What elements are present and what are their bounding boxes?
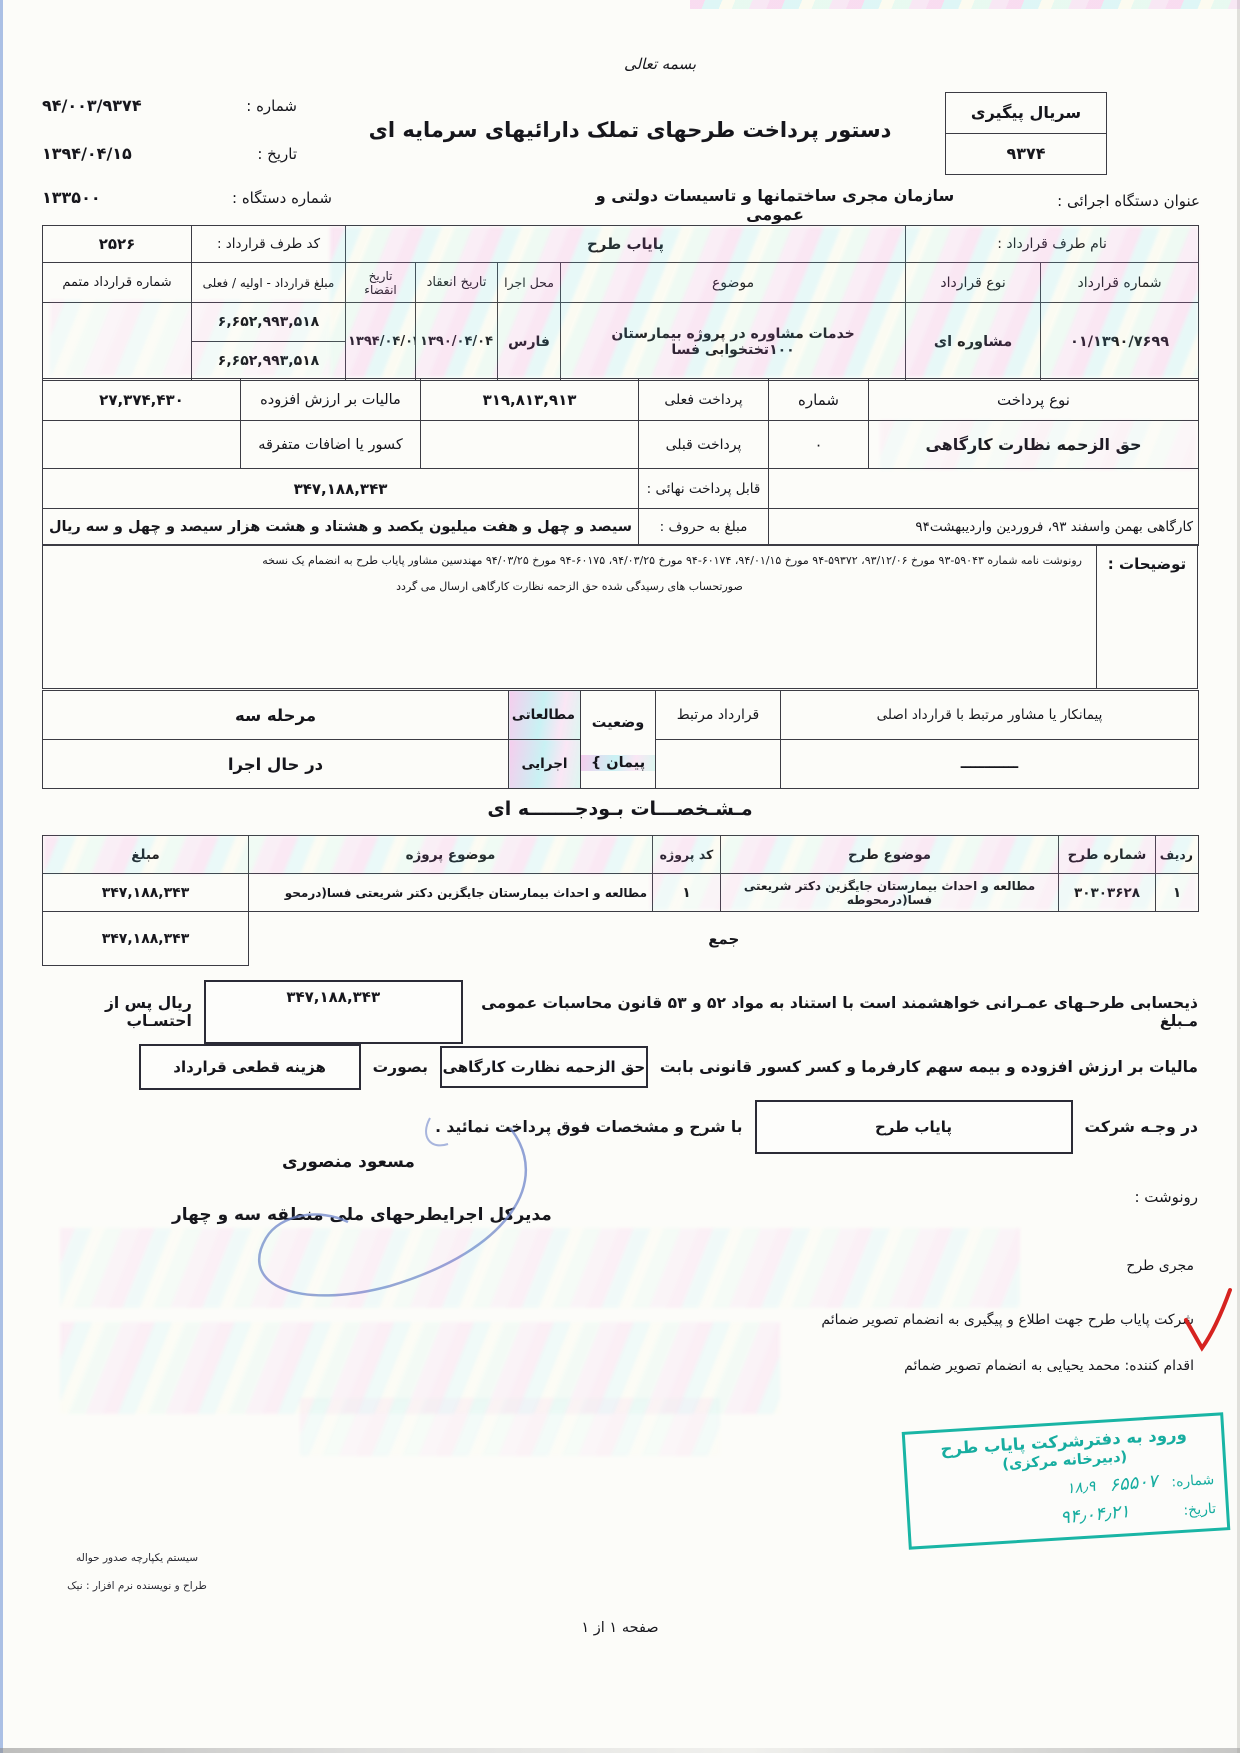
phase-value-cell: در حال اجرا (43, 740, 509, 789)
vat-label: مالیات بر ارزش افزوده (241, 379, 421, 421)
payment-table: نوع پرداخت شماره پرداخت فعلی ۳۱۹,۸۱۳,۹۱۳… (42, 378, 1199, 546)
bismillah-text: بسمه تعالی (560, 55, 760, 73)
current-payment-label: پرداخت فعلی (639, 379, 769, 421)
device-number-label: شماره دستگاه : (232, 189, 332, 207)
payment-type-header: نوع پرداخت (869, 379, 1199, 421)
contract-amount-initial: ۶,۶۵۲,۹۹۳,۵۱۸ (192, 303, 345, 342)
amount-in-words-label: مبلغ به حروف : (639, 509, 769, 546)
budget-col-plan-subject: موضوع طرح (721, 836, 1059, 874)
request-line2-text-b: بصورت (373, 1058, 428, 1076)
scan-edge-left (0, 0, 3, 1753)
copies-item-handler: اقدام کننده: محمد یحیایی به انضمام تصویر… (904, 1358, 1194, 1374)
payment-type-value: حق الزحمه نظارت کارگاهی (869, 421, 1199, 469)
request-line-3: در وجـه شرکت پایاب طرح با شرح و مشخصات ف… (42, 1100, 1198, 1154)
stamp-date-value: ۹۴٫۰۴٫۲۱ (1059, 1501, 1130, 1529)
remarks-line2: صورتحساب های رسیدگی شده حق الزحمه نظارت … (57, 580, 1082, 593)
contract-expiry-date-value: ۱۳۹۴/۰۴/۰۴ (346, 303, 416, 381)
copies-item-company: شرکت پایاب طرح جهت اطلاع و پیگیری به انض… (821, 1312, 1194, 1328)
col-subject: موضوع (561, 263, 906, 303)
col-location: محل اجرا (498, 263, 561, 303)
request-line-2: مالیات بر ارزش افزوده و بیمه سهم کارفرما… (42, 1044, 1198, 1090)
party-name-label: نام طرف قرارداد : (906, 226, 1199, 263)
payment-empty-cell (769, 469, 1199, 509)
budget-amount: ۳۴۷,۱۸۸,۳۴۳ (43, 874, 249, 912)
device-number-value: ۱۳۳۵۰۰ (42, 188, 101, 207)
request-line3-text-a: در وجـه شرکت (1085, 1118, 1198, 1136)
amount-in-words-value: سیصد و چهل و هفت میلیون یکصد و هشتاد و ه… (43, 509, 639, 546)
executing-organization: سازمان مجری ساختمانها و تاسیسات دولتی و … (590, 186, 960, 224)
budget-col-row: ردیف (1156, 836, 1199, 874)
stamp-date-label: تاریخ: (1183, 1501, 1216, 1519)
previous-payment-label: پرداخت قبلی (639, 421, 769, 469)
remarks-label: توضیحات : (1096, 545, 1197, 688)
budget-col-project-subject: موضوع پروژه (249, 836, 653, 874)
contract-info-table: نام طرف قرارداد : پایاب طرح کد طرف قرارد… (42, 225, 1199, 381)
budget-col-project-code: کد پروژه (653, 836, 721, 874)
payment-number-header: شماره (769, 379, 869, 421)
contract-status-table: پیمانکار یا مشاور مرتبط با قرارداد اصلی … (42, 690, 1199, 789)
page-number: صفحه ۱ از ۱ (0, 1620, 1240, 1636)
contract-type-value: مشاوره ای (906, 303, 1041, 381)
request-amount-box: ۳۴۷,۱۸۸,۳۴۳ (204, 980, 463, 1044)
request-line3-text-b: با شرح و مشخصات فوق پرداخت نمائید . (435, 1118, 742, 1136)
related-party-value: ــــــــــــ (781, 740, 1199, 789)
deductions-label: کسور یا اضافات متفرقه (241, 421, 421, 469)
device-number-row: شماره دستگاه : ۱۳۳۵۰۰ (42, 188, 332, 207)
previous-payment-value (421, 421, 639, 469)
related-contract-header: قرارداد مرتبط (656, 691, 781, 740)
tracking-serial-value: ۹۳۷۴ (946, 134, 1106, 174)
scan-artifact (300, 1398, 720, 1456)
payee-company-box: پایاب طرح (755, 1100, 1073, 1154)
budget-sum-label: جمع (249, 912, 1199, 966)
pact-state-sub: پیمان { (581, 755, 655, 771)
signatory-name: مسعود منصوری (282, 1152, 415, 1172)
pact-word: پیمان (606, 755, 645, 771)
stamp-number-value: ۶۵۵۰۷ (1108, 1471, 1158, 1497)
budget-plan-subject: مطالعه و احداث بیمارستان جایگزین دکتر شر… (721, 874, 1059, 912)
budget-col-plan-no: شماره طرح (1059, 836, 1156, 874)
budget-col-amount: مبلغ (43, 836, 249, 874)
budget-section-title: مـشـخصـــات بـودجـــــــه ای (0, 798, 1240, 820)
vat-value: ۲۷,۳۷۴,۴۳۰ (43, 379, 241, 421)
tracking-serial-box: سریال پیگیری ۹۳۷۴ (945, 92, 1107, 175)
payment-period-note: کارگاهی بهمن واسفند ۹۳، فروردین واردیبهش… (769, 509, 1199, 546)
col-expiry-date: تاریخ انقضاء (346, 263, 416, 303)
budget-project-code: ۱ (653, 874, 721, 912)
contract-subject-value: خدمات مشاوره در پروژه بیمارستان ۱۰۰تختخو… (561, 303, 906, 381)
stamp-number-extra: ۱۸٫۹ (1065, 1477, 1096, 1498)
document-date-row: تاریخ : ۱۳۹۴/۰۴/۱۵ (42, 144, 297, 163)
col-supplement-no: شماره قرارداد متمم (43, 263, 192, 303)
payment-subject-box: حق الزحمه نظارت کارگاهی (440, 1046, 648, 1088)
contract-subject-line2: ۱۰۰تختخوابی فسا (561, 342, 905, 358)
signatory-title: مدیرکل اجرایطرحهای ملی منطقه سه و چهار (172, 1205, 552, 1225)
remarks-body: رونوشت نامه شماره ۵۹۰۴۳-۹۳ مورخ ۹۳/۱۲/۰۶… (43, 545, 1096, 688)
scan-artifact (690, 0, 1240, 9)
company-entry-stamp: ورود به دفترشرکت پایاب طرح (دبیرخانه مرک… (902, 1412, 1231, 1549)
software-credits: سیستم یکپارچه صدور حواله طراح و نویسنده … (52, 1544, 222, 1601)
document-number-row: شماره : ۹۴/۰۰۳/۹۳۷۴ (42, 96, 297, 115)
request-line-1: ذیحسابی طرحـهای عمـرانی خواهشمند است با … (42, 980, 1198, 1044)
col-contract-type: نوع قرارداد (906, 263, 1041, 303)
cost-type-box: هزینه قطعی قرارداد (139, 1044, 361, 1090)
document-date-value: ۱۳۹۴/۰۴/۱۵ (42, 144, 132, 163)
exec-type-cell: اجرایی (509, 740, 581, 789)
pact-brace: { (591, 755, 601, 771)
contract-sign-date-value: ۱۳۹۰/۰۴/۰۴ (416, 303, 498, 381)
deductions-value (43, 421, 241, 469)
document-number-label: شماره : (246, 97, 297, 115)
budget-sum-value: ۳۴۷,۱۸۸,۳۴۳ (43, 912, 249, 966)
study-type-cell: مطالعاتی (509, 691, 581, 740)
scan-artifact (60, 1322, 780, 1414)
scan-edge-bottom (0, 1748, 1240, 1753)
page-title: دستور پرداخت طرحهای تملک دارائیهای سرمای… (340, 118, 920, 142)
pact-state-cell: وضعیت پیمان { (581, 691, 656, 789)
budget-table: ردیف شماره طرح موضوع طرح کد پروژه موضوع … (42, 835, 1199, 966)
contract-no-value: ۰۱/۱۳۹۰/۷۶۹۹ (1041, 303, 1199, 381)
tracking-serial-label: سریال پیگیری (946, 93, 1106, 134)
pact-state-label: وضعیت (581, 715, 655, 731)
software-credit-line2: طراح و نویسنده نرم افزار : نیک (52, 1572, 222, 1600)
contract-location-value: فارس (498, 303, 561, 381)
party-code-label: کد طرف قرارداد : (192, 226, 346, 263)
copies-item-executor: مجری طرح (1126, 1258, 1194, 1274)
budget-project-subject: مطالعه و احداث بیمارستان جایگزین دکتر شر… (249, 874, 653, 912)
remarks-section: توضیحات : رونوشت نامه شماره ۵۹۰۴۳-۹۳ مور… (42, 544, 1198, 689)
copies-label: رونوشت : (1134, 1188, 1198, 1206)
payment-number-value: ۰ (769, 421, 869, 469)
party-name-value: پایاب طرح (346, 226, 906, 263)
related-party-header: پیمانکار یا مشاور مرتبط با قرارداد اصلی (781, 691, 1199, 740)
final-payable-label: قابل پرداخت نهائی : (639, 469, 769, 509)
related-contract-value (656, 740, 781, 789)
request-line1-text-b: ریال پس از احتسـاب (42, 994, 192, 1030)
budget-row-no: ۱ (1156, 874, 1199, 912)
col-sign-date: تاریخ انعقاد (416, 263, 498, 303)
party-code-value: ۲۵۲۶ (43, 226, 192, 263)
software-credit-line1: سیستم یکپارچه صدور حواله (52, 1544, 222, 1572)
budget-data-row: ۱ ۳۰۳۰۳۶۲۸ مطالعه و احداث بیمارستان جایگ… (43, 874, 1199, 912)
col-contract-no: شماره قرارداد (1041, 263, 1199, 303)
col-amount: مبلغ قرارداد - اولیه / فعلی (192, 263, 346, 303)
final-payable-value: ۳۴۷,۱۸۸,۳۴۳ (43, 469, 639, 509)
document-number-value: ۹۴/۰۰۳/۹۳۷۴ (42, 96, 142, 115)
scan-artifact (60, 1228, 1020, 1308)
budget-plan-no: ۳۰۳۰۳۶۲۸ (1059, 874, 1156, 912)
phase-label-cell: مرحله سه (43, 691, 509, 740)
request-line1-text-a: ذیحسابی طرحـهای عمـرانی خواهشمند است با … (475, 994, 1198, 1030)
stamp-number-label: شماره: (1171, 1472, 1215, 1491)
contract-subject-line1: خدمات مشاوره در پروژه بیمارستان (561, 326, 905, 342)
current-payment-value: ۳۱۹,۸۱۳,۹۱۳ (421, 379, 639, 421)
request-line2-text-a: مالیات بر ارزش افزوده و بیمه سهم کارفرما… (660, 1058, 1198, 1076)
contract-amount-current: ۶,۶۵۲,۹۹۳,۵۱۸ (192, 342, 345, 380)
remarks-line1: رونوشت نامه شماره ۵۹۰۴۳-۹۳ مورخ ۹۳/۱۲/۰۶… (57, 552, 1082, 570)
scanned-payment-order-document: بسمه تعالی شماره : ۹۴/۰۰۳/۹۳۷۴ تاریخ : ۱… (0, 0, 1240, 1753)
agency-title-label: عنوان دستگاه اجرائی : (995, 192, 1200, 210)
document-date-label: تاریخ : (257, 145, 297, 163)
supplement-no-value (43, 303, 192, 381)
contract-amount-cell: ۶,۶۵۲,۹۹۳,۵۱۸ ۶,۶۵۲,۹۹۳,۵۱۸ (192, 303, 346, 381)
budget-sum-row: جمع ۳۴۷,۱۸۸,۳۴۳ (43, 912, 1199, 966)
